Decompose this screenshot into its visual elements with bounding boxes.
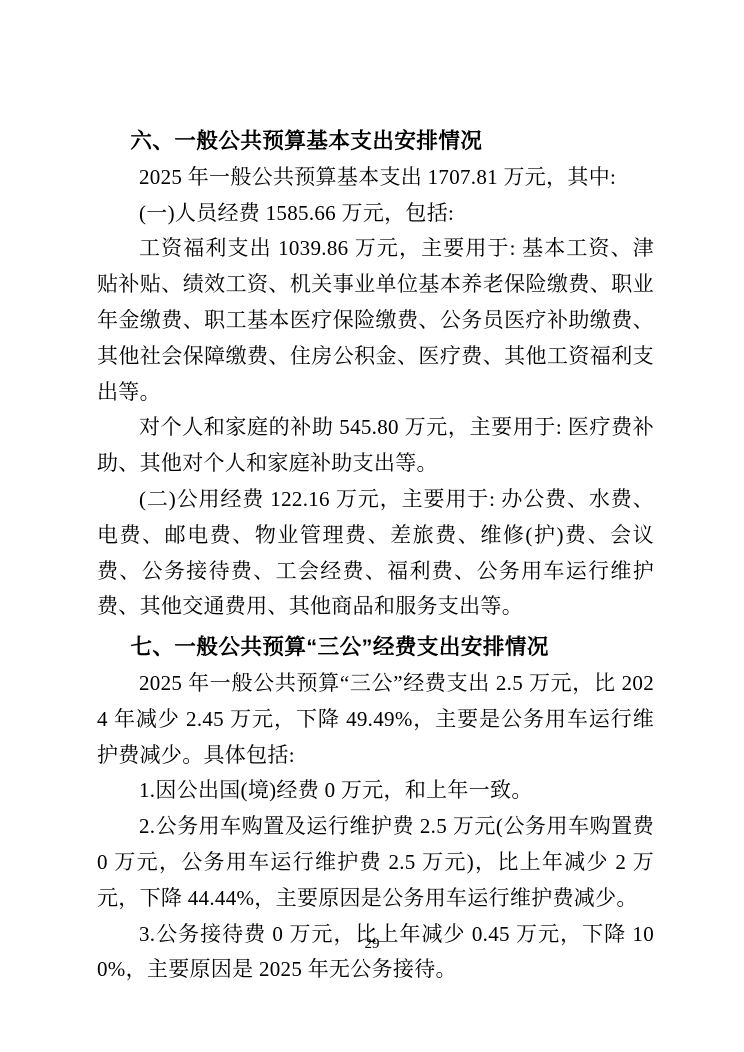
paragraph: 工资福利支出 1039.86 万元，主要用于: 基本工资、津贴补贴、绩效工资、机… xyxy=(97,231,654,410)
paragraph: (一)人员经费 1585.66 万元，包括: xyxy=(97,196,654,232)
document-page: 六、一般公共预算基本支出安排情况2025 年一般公共预算基本支出 1707.81… xyxy=(0,0,744,1052)
paragraph: 对个人和家庭的补助 545.80 万元，主要用于: 医疗费补助、其他对个人和家庭… xyxy=(97,410,654,482)
paragraph: 2025 年一般公共预算基本支出 1707.81 万元，其中: xyxy=(97,160,654,196)
section-heading: 六、一般公共预算基本支出安排情况 xyxy=(97,124,654,160)
section-heading: 七、一般公共预算“三公”经费支出安排情况 xyxy=(97,630,654,666)
paragraph: 2025 年一般公共预算“三公”经费支出 2.5 万元，比 2024 年减少 2… xyxy=(97,666,654,773)
page-number: 29 xyxy=(0,936,744,953)
paragraph: 2.公务用车购置及运行维护费 2.5 万元(公务用车购置费 0 万元，公务用车运… xyxy=(97,809,654,916)
paragraph: 1.因公出国(境)经费 0 万元，和上年一致。 xyxy=(97,773,654,809)
document-body: 六、一般公共预算基本支出安排情况2025 年一般公共预算基本支出 1707.81… xyxy=(97,124,654,988)
paragraph: (二)公用经费 122.16 万元，主要用于: 办公费、水费、电费、邮电费、物业… xyxy=(97,482,654,625)
